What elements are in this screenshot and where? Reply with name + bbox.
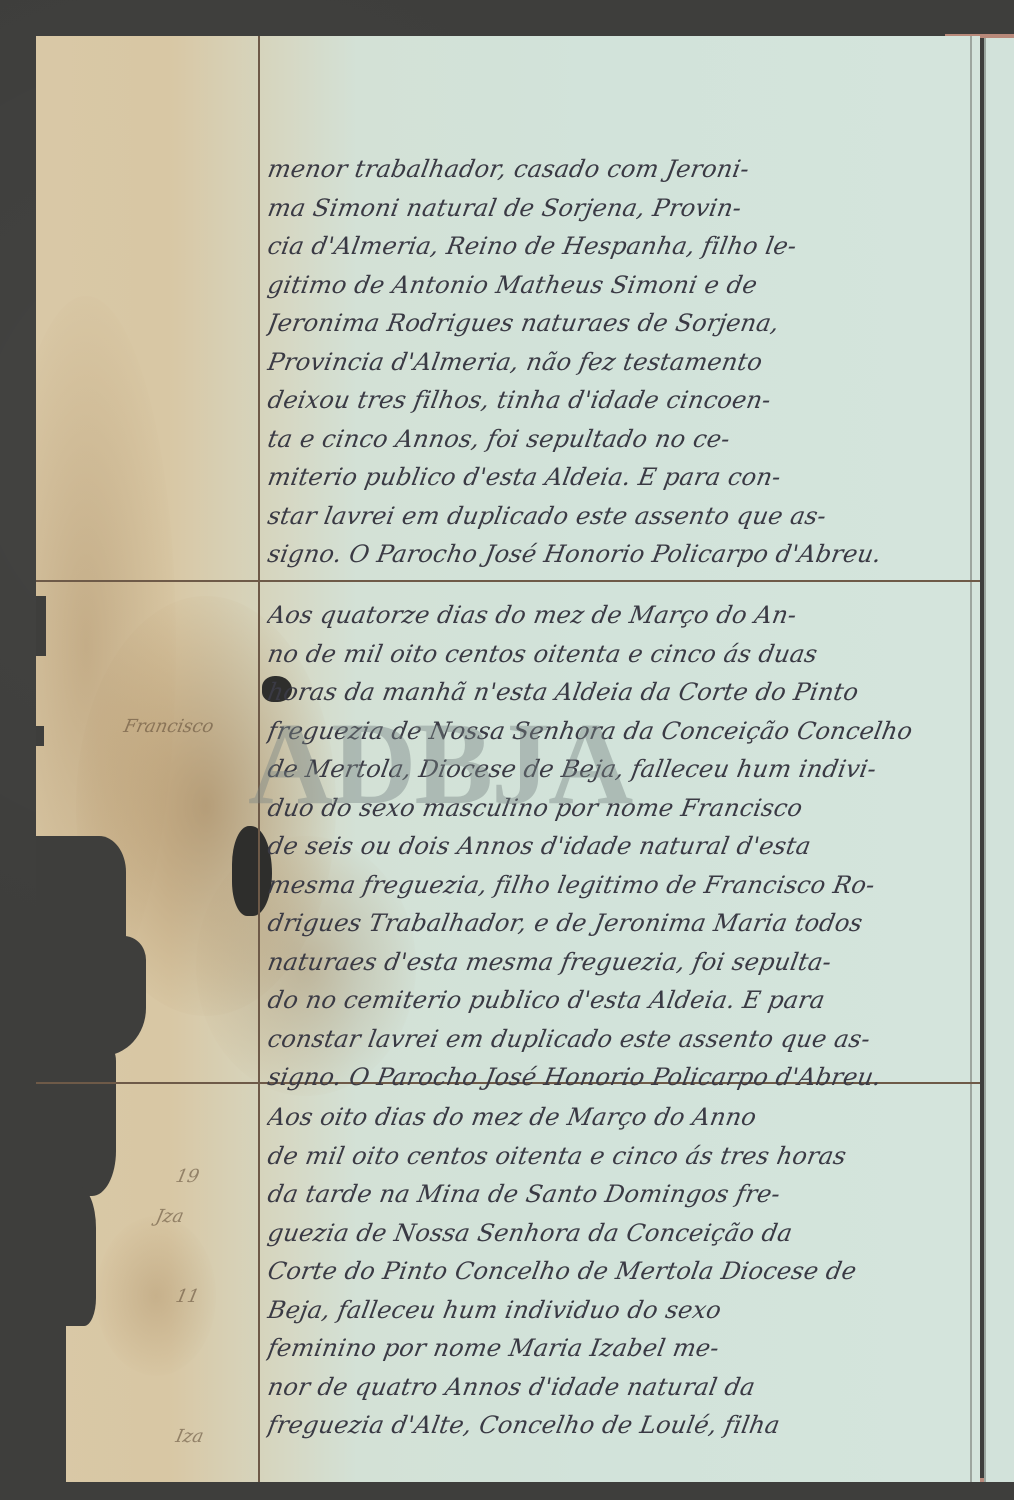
text-line: miterio publico d'esta Aldeia. E para co… [265, 458, 972, 497]
torn-edge [36, 1186, 96, 1326]
text-line: Jeronima Rodrigues naturaes de Sorjena, [265, 304, 972, 343]
margin-mark: Iza [174, 1426, 206, 1447]
text-line: star lavrei em duplicado este assento qu… [265, 497, 972, 536]
text-line: naturaes d'esta mesma freguezia, foi sep… [265, 943, 972, 982]
text-line: deixou tres filhos, tinha d'idade cincoe… [265, 381, 972, 420]
text-line: Beja, falleceu hum individuo do sexo [265, 1291, 972, 1330]
text-line: mesma freguezia, filho legitimo de Franc… [265, 866, 972, 905]
page-fold [970, 36, 972, 1482]
register-entry-3: Aos oito dias do mez de Março do Anno de… [268, 1098, 968, 1445]
text-line: Provincia d'Almeria, não fez testamento [265, 343, 972, 382]
text-line: da tarde na Mina de Santo Domingos fre- [265, 1175, 972, 1214]
text-line: ta e cinco Annos, foi sepultado no ce- [265, 420, 972, 459]
text-line: freguezia d'Alte, Concelho de Loulé, fil… [265, 1406, 972, 1445]
text-line: Aos oito dias do mez de Março do Anno [265, 1098, 972, 1137]
text-line: de Mertola, Diocese de Beja, falleceu hu… [265, 750, 972, 789]
text-line: de seis ou dois Annos d'idade natural d'… [265, 827, 972, 866]
text-line: duo do sexo masculino por nome Francisco [265, 789, 972, 828]
text-line: drigues Trabalhador, e de Jeronima Maria… [265, 904, 972, 943]
margin-note-entry-3: Jza [154, 1206, 186, 1227]
text-line: constar lavrei em duplicado este assento… [265, 1020, 972, 1059]
margin-note-entry-2: Francisco [122, 716, 216, 737]
register-entry-1: menor trabalhador, casado com Jeroni- ma… [268, 150, 968, 574]
torn-edge [36, 936, 146, 1056]
text-line: menor trabalhador, casado com Jeroni- [265, 150, 972, 189]
torn-edge [36, 1316, 66, 1482]
register-entry-2: Aos quatorze dias do mez de Março do An-… [268, 596, 968, 1097]
text-line: cia d'Almeria, Reino de Hespanha, filho … [265, 227, 972, 266]
torn-edge [36, 1046, 116, 1196]
register-page: Francisco 19 Jza 11 Iza menor trabalhado… [36, 36, 980, 1482]
text-line: Corte do Pinto Concelho de Mertola Dioce… [265, 1252, 972, 1291]
margin-mark: 19 [174, 1166, 201, 1187]
text-line: freguezia de Nossa Senhora da Conceição … [265, 712, 972, 751]
text-line: ma Simoni natural de Sorjena, Provin- [265, 189, 972, 228]
margin-rule [258, 36, 260, 1482]
text-line: feminino por nome Maria Izabel me- [265, 1329, 972, 1368]
text-line: gitimo de Antonio Matheus Simoni e de [265, 266, 972, 305]
entry-separator [36, 580, 980, 582]
text-line: do no cemiterio publico d'esta Aldeia. E… [265, 981, 972, 1020]
text-line: de mil oito centos oitenta e cinco ás tr… [265, 1137, 972, 1176]
text-line: guezia de Nossa Senhora da Conceição da [265, 1214, 972, 1253]
torn-edge [36, 596, 46, 656]
signature-line: signo. O Parocho José Honorio Policarpo … [265, 535, 972, 574]
torn-edge [36, 726, 44, 746]
text-line: nor de quatro Annos d'idade natural da [265, 1368, 972, 1407]
text-line: horas da manhã n'esta Aldeia da Corte do… [265, 673, 972, 712]
adjacent-page-edge [984, 38, 1014, 1482]
margin-mark: 11 [174, 1286, 201, 1307]
text-line: no de mil oito centos oitenta e cinco ás… [265, 635, 972, 674]
text-line: Aos quatorze dias do mez de Março do An- [265, 596, 972, 635]
signature-line: signo. O Parocho José Honorio Policarpo … [265, 1058, 972, 1097]
